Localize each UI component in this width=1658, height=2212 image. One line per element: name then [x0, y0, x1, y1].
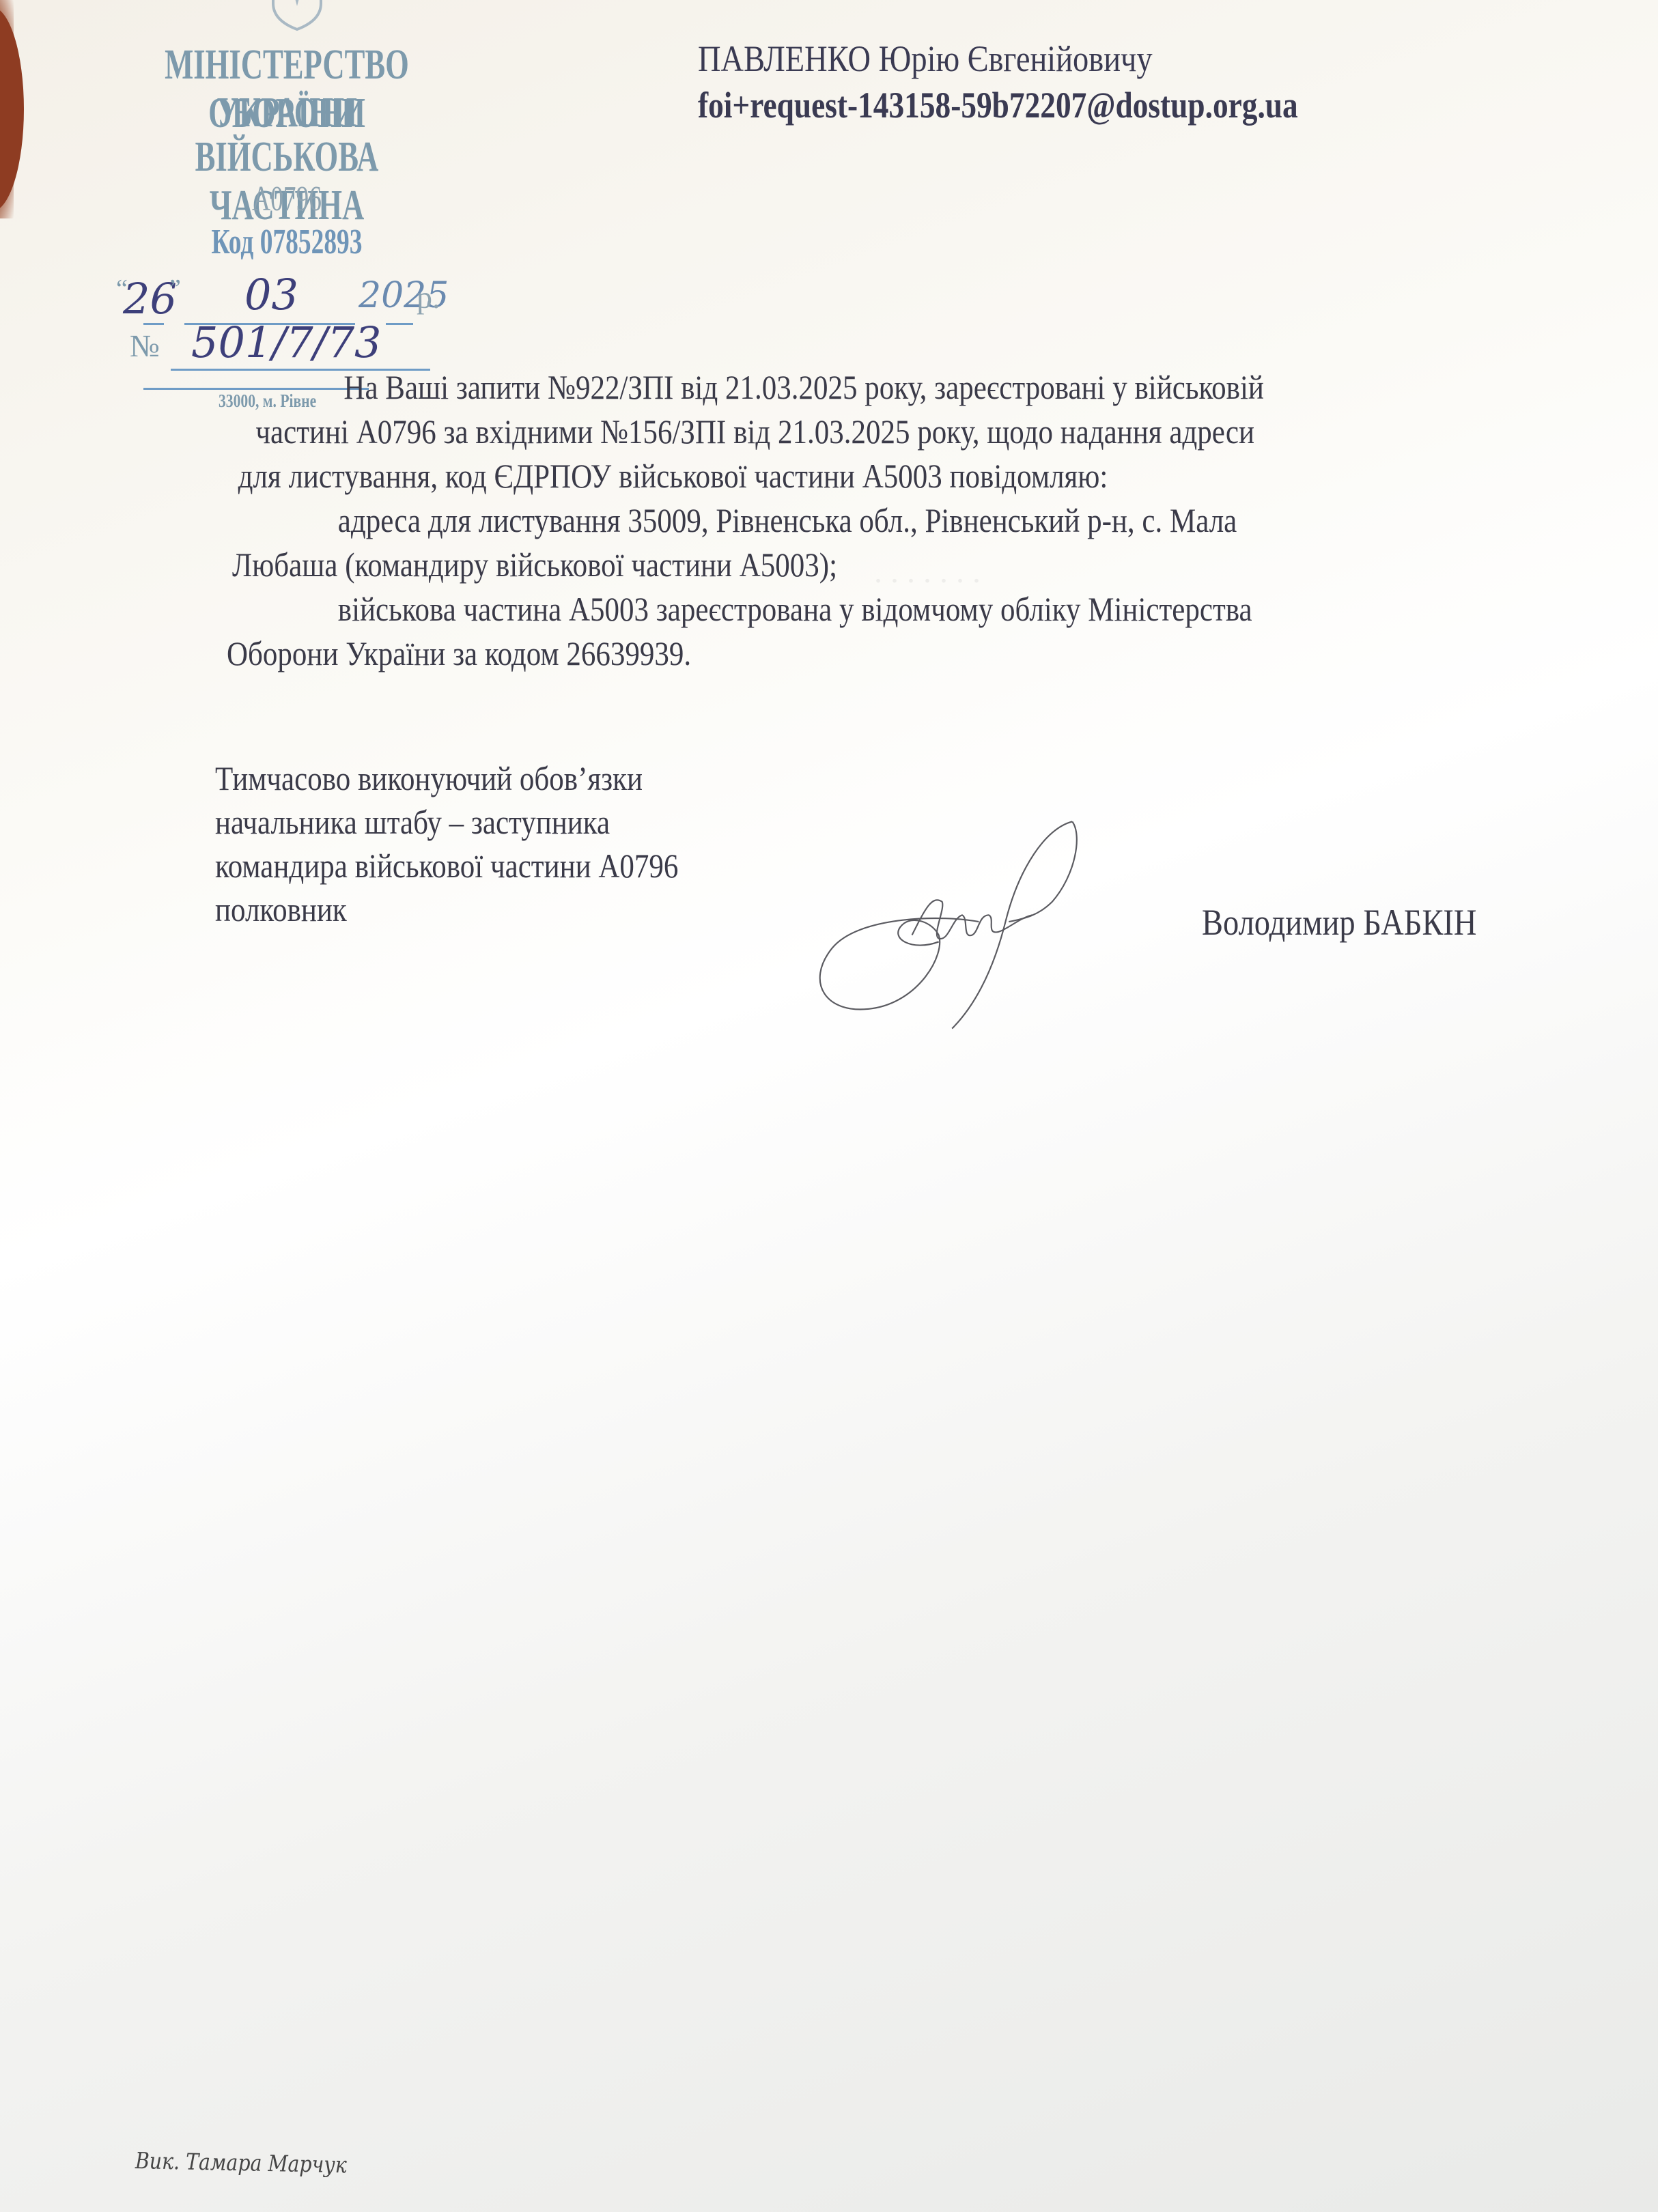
paragraph-registration: військова частина А5003 зареєстрована у …: [232, 587, 1598, 676]
body-line: На Ваші запити №922/ЗПІ від 21.03.2025 р…: [232, 365, 1407, 410]
outgoing-date: “ 26 ” 03 2025 р.: [116, 270, 444, 324]
signatory-position: Тимчасово виконуючий обов’язки начальник…: [215, 756, 754, 931]
executor-note: Вик. Тамара Марчук: [135, 2147, 347, 2178]
document-number: 501/7/73: [191, 317, 381, 367]
stamp-code: Код 07852893: [124, 222, 449, 262]
body-line: для листування, код ЄДРПОУ військової ча…: [232, 454, 1407, 498]
body-line: Любаша (командиру військової частини А50…: [232, 543, 1407, 587]
recipient-name: ПАВЛЕНКО Юрію Євгенійовичу: [698, 38, 1312, 80]
position-line: Тимчасово виконуючий обов’язки: [215, 756, 678, 800]
folder-edge-shape: [0, 7, 24, 212]
recipient-email: foi+request-143158-59b72207@dostup.org.u…: [698, 84, 1298, 126]
date-month: 03: [244, 270, 298, 320]
stamp-unit-number: А0796: [124, 179, 449, 219]
bleed-through-text: . . . . . . .: [874, 553, 981, 591]
paragraph-request: На Ваші запити №922/ЗПІ від 21.03.2025 р…: [232, 365, 1598, 498]
quote-close: ”: [169, 274, 181, 304]
signer-name: Володимир БАБКІН: [1202, 901, 1476, 944]
body-line: Оборони України за кодом 26639939.: [227, 632, 1406, 676]
letter-body: На Ваші запити №922/ЗПІ від 21.03.2025 р…: [232, 365, 1598, 676]
position-line: командира військової частини А0796: [215, 844, 678, 888]
date-year-suffix: р.: [417, 279, 440, 315]
position-line: полковник: [215, 888, 678, 931]
handwritten-signature: [778, 806, 1079, 1045]
number-sign: №: [130, 328, 160, 364]
body-line: військова частина А5003 зареєстрована у …: [232, 587, 1407, 632]
body-line: адреса для листування 35009, Рівненська …: [232, 498, 1407, 543]
stamp-country: УКРАЇНИ: [124, 89, 449, 137]
position-line: начальника штабу – заступника: [215, 800, 678, 844]
coat-of-arms-icon: [270, 0, 324, 31]
body-line: частині А0796 за вхідними №156/ЗПІ від 2…: [232, 410, 1407, 454]
recipient-block: ПАВЛЕНКО Юрію Євгенійовичу foi+request-1…: [698, 38, 1412, 126]
